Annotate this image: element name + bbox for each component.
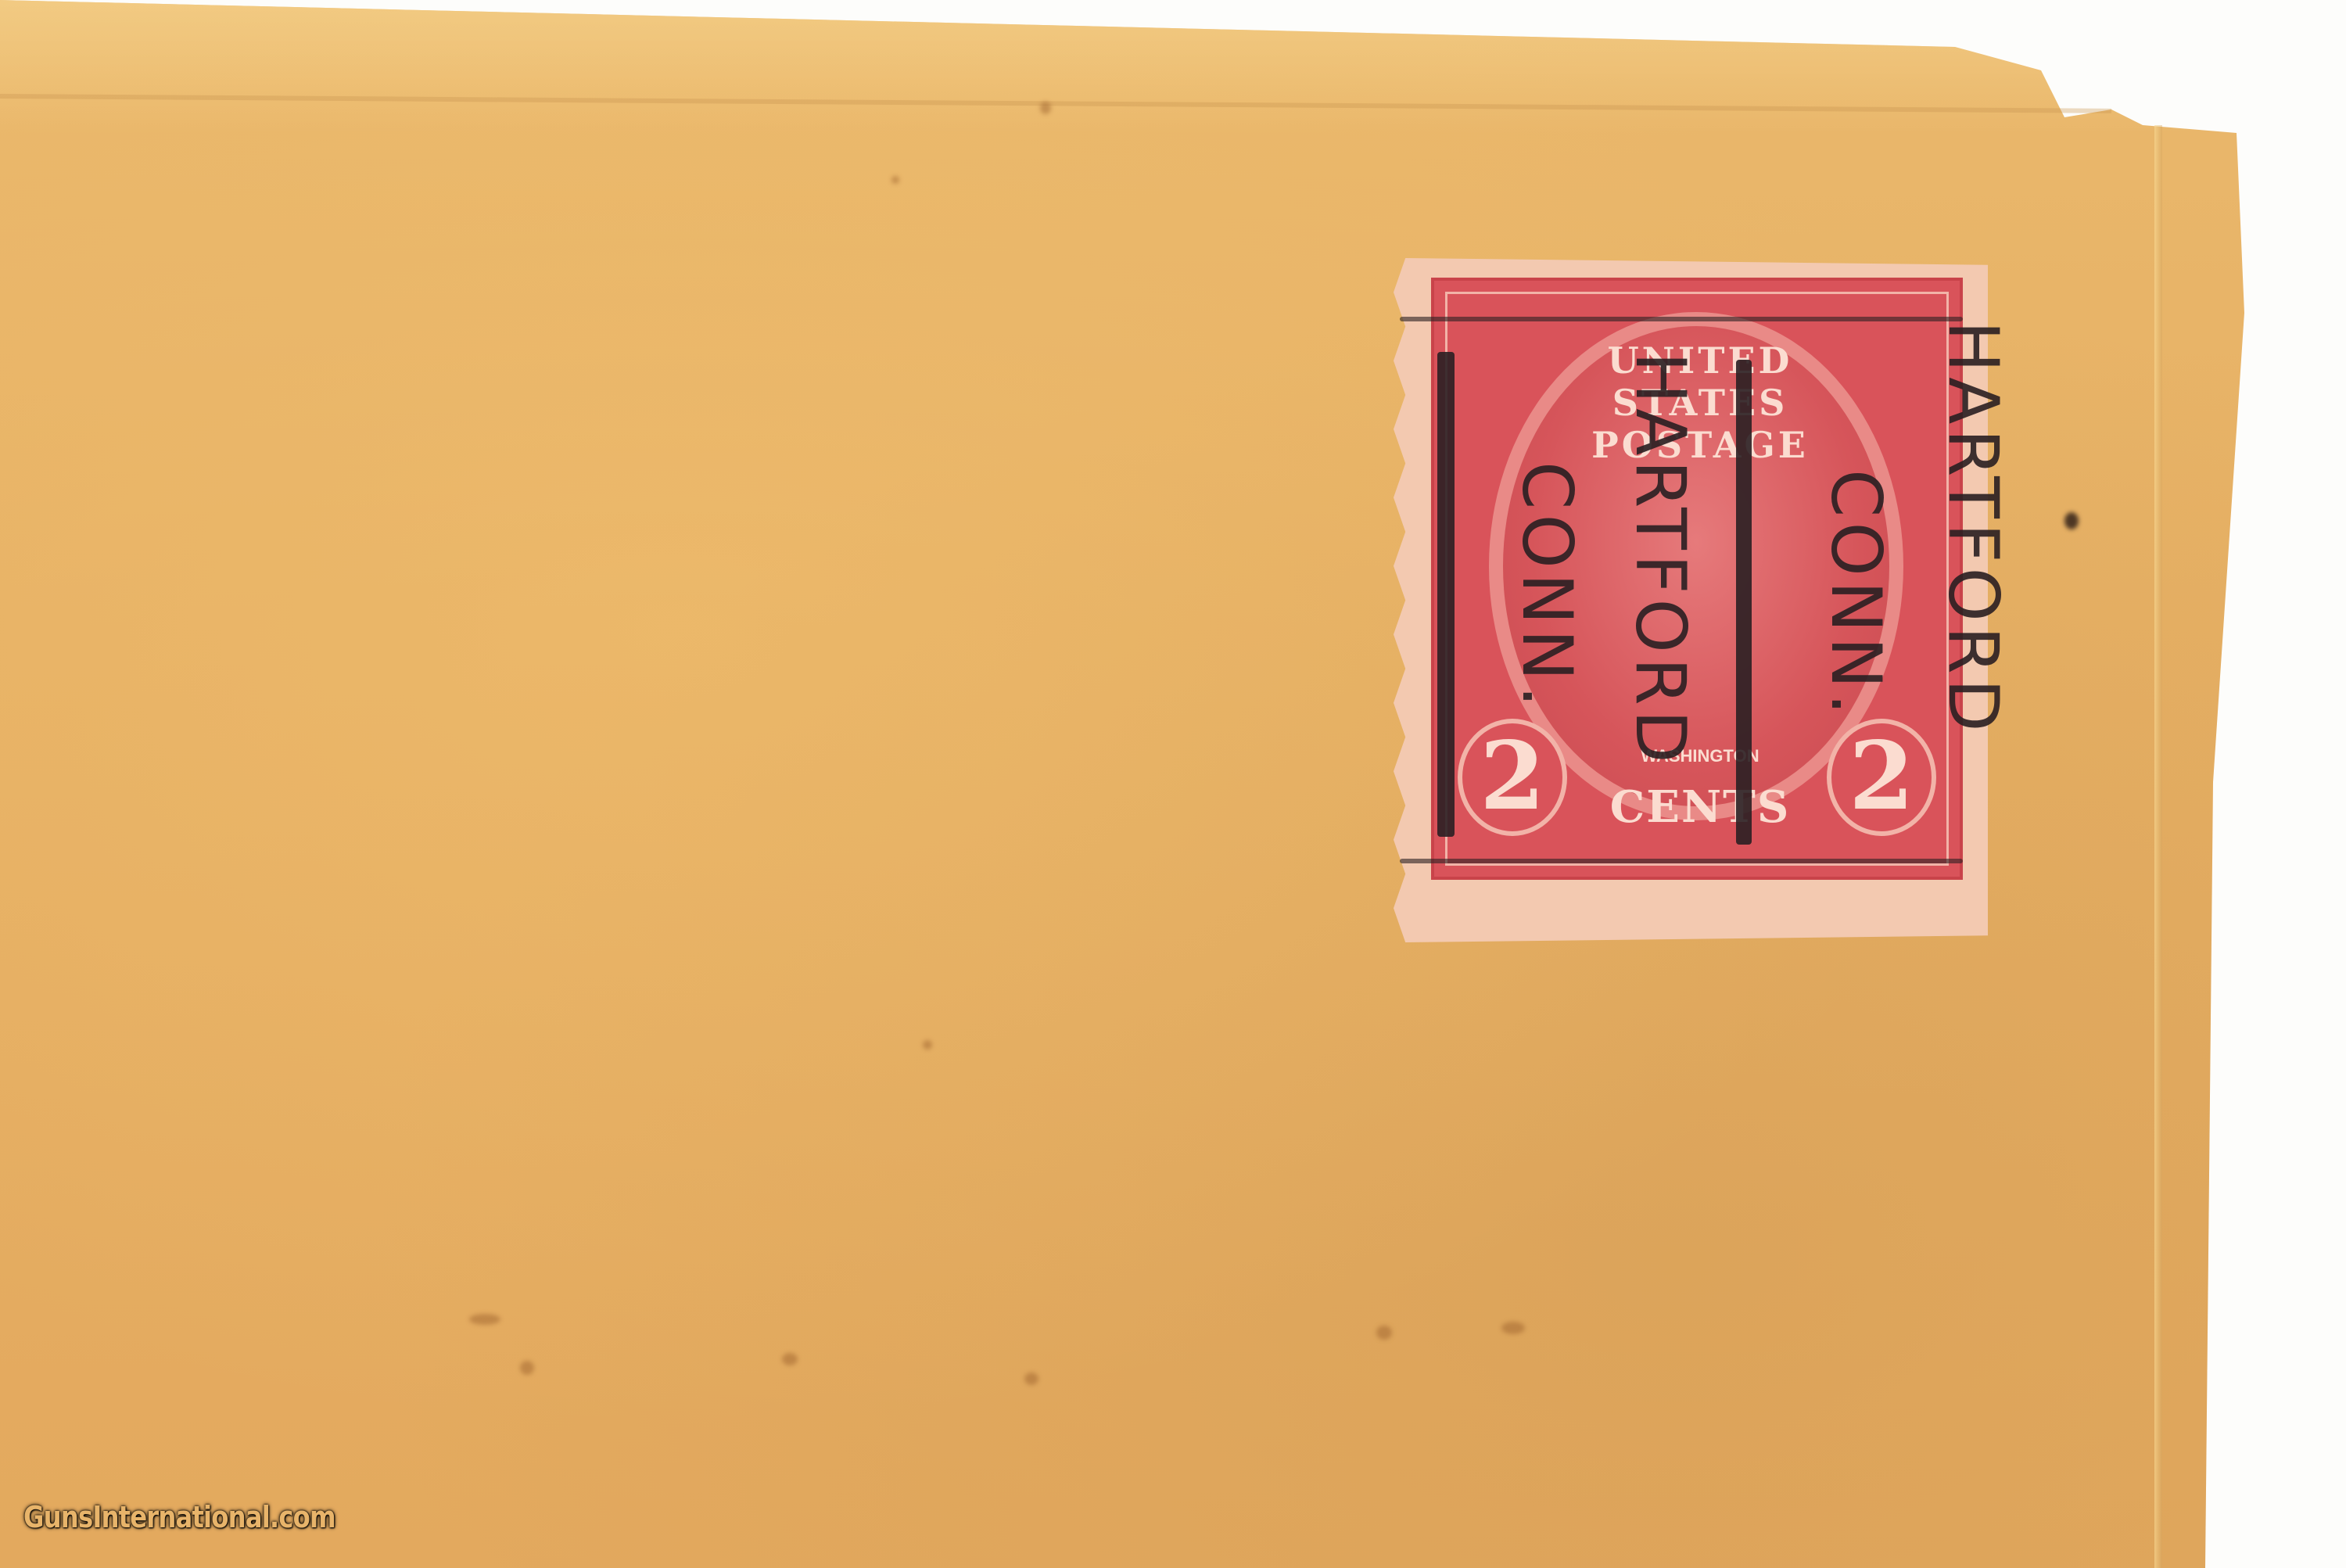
precancel-text-1: HARTFORD bbox=[1933, 321, 2014, 737]
precancel-bottom-line bbox=[1400, 859, 1963, 863]
stain bbox=[891, 176, 899, 184]
precancel-text-2: CONN. bbox=[1816, 469, 1896, 719]
stain bbox=[1376, 1326, 1392, 1340]
value-label: CENTS bbox=[1583, 781, 1817, 833]
envelope-top-edge bbox=[0, 0, 2244, 133]
stain bbox=[1501, 1322, 1525, 1334]
envelope-right-edge bbox=[2154, 125, 2162, 1568]
stain bbox=[923, 1040, 932, 1050]
precancel-bar-middle bbox=[1736, 360, 1752, 845]
stain bbox=[782, 1353, 798, 1365]
stain bbox=[469, 1314, 500, 1325]
denomination-right: 2 bbox=[1827, 719, 1936, 836]
precancel-top-line bbox=[1400, 317, 1963, 321]
site-watermark: GunsInternational.com bbox=[23, 1500, 335, 1534]
stain bbox=[2064, 512, 2079, 529]
precancel-text-4: CONN. bbox=[1507, 461, 1587, 712]
stain bbox=[1040, 102, 1051, 114]
denomination-left: 2 bbox=[1458, 719, 1567, 836]
precancel-text-3: HARTFORD bbox=[1620, 352, 1701, 768]
precancel-bar-left bbox=[1437, 352, 1455, 837]
stain bbox=[1024, 1372, 1038, 1385]
stain bbox=[520, 1361, 534, 1375]
